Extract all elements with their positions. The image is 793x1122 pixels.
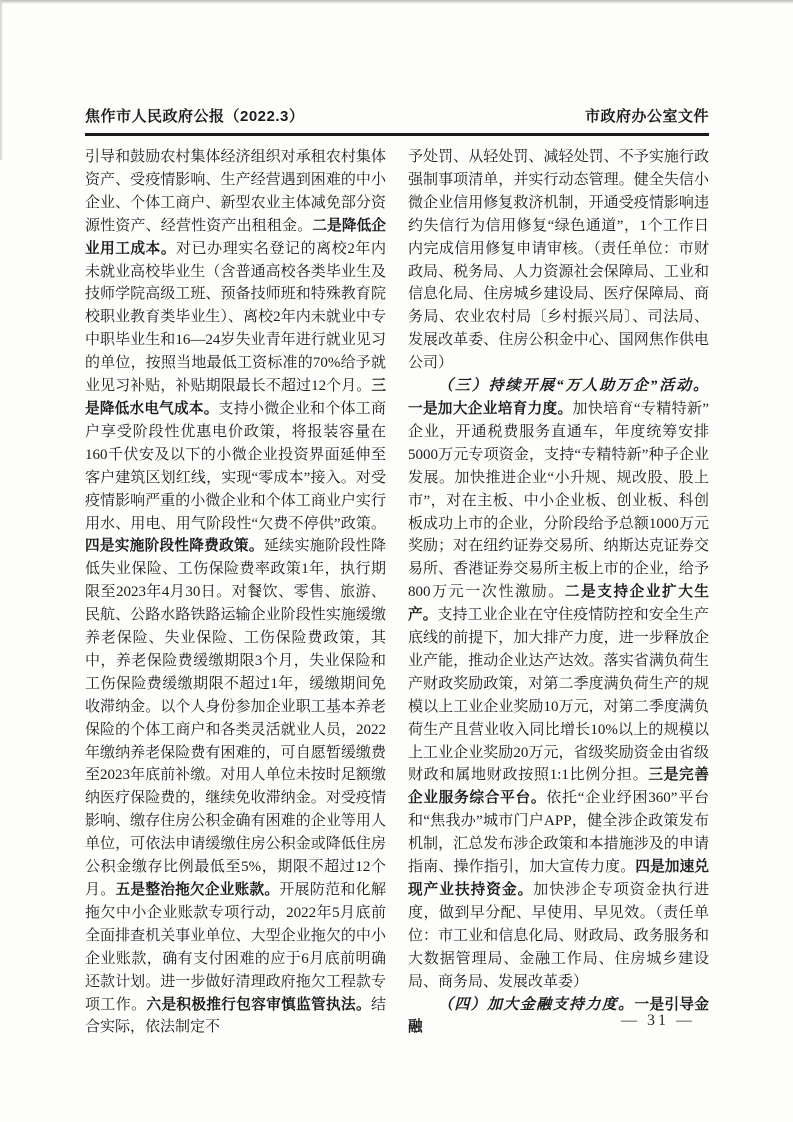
- paragraph: 引导和鼓励农村集体经济组织对承租农村集体资产、受疫情影响、生产经营遇到困难的中小…: [85, 146, 386, 1039]
- text-run-bold: 五是整治拖欠企业账款。: [116, 882, 280, 898]
- paragraph: （三）持续开展“万人助万企”活动。一是加大企业培育力度。加快培育“专精特新”企业…: [408, 375, 709, 993]
- running-head-right: 市政府办公室文件: [585, 105, 709, 126]
- left-column: 引导和鼓励农村集体经济组织对承租农村集体资产、受疫情影响、生产经营遇到困难的中小…: [85, 146, 386, 1039]
- page-number: — 31 —: [603, 1012, 713, 1030]
- text-run-normal: 支持小微企业和个体工商户享受阶段性优惠电价政策，将报装容量在160千伏安及以下的…: [85, 401, 386, 532]
- text-run-normal: 予处罚、从轻处罚、减轻处罚、不予实施行政强制事项清单，并实行动态管理。健全失信小…: [408, 149, 709, 371]
- scan-edge-left: [0, 0, 3, 160]
- text-run-kai: （三）持续开展“万人助万企”活动。: [438, 378, 709, 394]
- text-run-normal: 开展防范和化解拖欠中小企业账款专项行动，2022年5月底前全面排查机关事业单位、…: [85, 882, 386, 1013]
- running-head: 焦作市人民政府公报（2022.3） 市政府办公室文件: [85, 105, 709, 126]
- text-run-bold: 六是积极推行包容审慎监管执法。: [146, 997, 370, 1013]
- text-run-normal: 延续实施阶段性降低失业保险、工伤保险费率政策1年，执行期限至2023年4月30日…: [85, 538, 386, 898]
- text-run-normal: 加快涉企专项资金执行进度，做到早分配、早使用、早见效。（责任单位：市工业和信息化…: [408, 882, 709, 990]
- text-run-kai: （四）加大金融支持力度。: [438, 997, 635, 1013]
- text-run-bold: 四是实施阶段性降费政策。: [85, 538, 264, 554]
- text-run-normal: 支持工业企业在守住疫情防控和安全生产底线的前提下，加大排产力度，进一步释放企业产…: [408, 607, 709, 783]
- text-run-normal: 加快培育“专精特新”企业，开通税费服务直通车，年度统筹安排5000万元专项资金，…: [408, 401, 709, 600]
- text-run-bold: 一是加大企业培育力度。: [408, 401, 572, 417]
- header-rule: [85, 133, 709, 136]
- document-body: 引导和鼓励农村集体经济组织对承租农村集体资产、受疫情影响、生产经营遇到困难的中小…: [85, 146, 709, 1039]
- scan-edge-top: [0, 0, 793, 4]
- text-run-normal: 对已办理实名登记的离校2年内未就业高校毕业生（含普通高校各类毕业生及技师学院高级…: [85, 241, 386, 394]
- paragraph: 予处罚、从轻处罚、减轻处罚、不予实施行政强制事项清单，并实行动态管理。健全失信小…: [408, 146, 709, 375]
- running-head-left: 焦作市人民政府公报（2022.3）: [85, 105, 304, 126]
- right-column: 予处罚、从轻处罚、减轻处罚、不予实施行政强制事项清单，并实行动态管理。健全失信小…: [408, 146, 709, 1039]
- document-page: 焦作市人民政府公报（2022.3） 市政府办公室文件 引导和鼓励农村集体经济组织…: [0, 0, 793, 1122]
